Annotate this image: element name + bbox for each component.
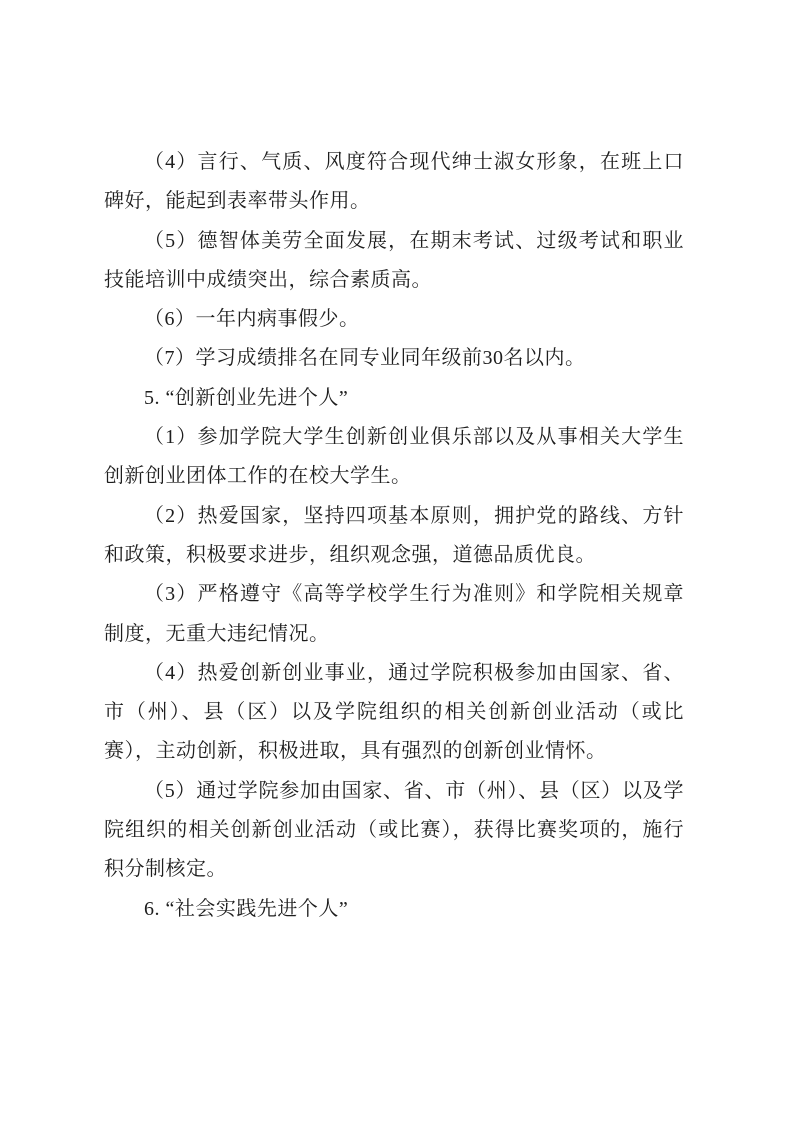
paragraph-criterion-7: （7）学习成绩排名在同专业同年级前30名以内。: [104, 339, 684, 378]
paragraph-section5-criterion-1: （1）参加学院大学生创新创业俱乐部以及从事相关大学生创新创业团体工作的在校大学生…: [104, 418, 684, 497]
document-page: （4）言行、气质、风度符合现代绅士淑女形象，在班上口碑好，能起到表率带头作用。 …: [0, 0, 793, 1122]
paragraph-criterion-5: （5）德智体美劳全面发展，在期末考试、过级考试和职业技能培训中成绩突出，综合素质…: [104, 222, 684, 301]
paragraph-criterion-4: （4）言行、气质、风度符合现代绅士淑女形象，在班上口碑好，能起到表率带头作用。: [104, 143, 684, 222]
paragraph-criterion-6: （6）一年内病事假少。: [104, 300, 684, 339]
section-heading-6: 6. “社会实践先进个人”: [104, 890, 684, 929]
paragraph-section5-criterion-4: （4）热爱创新创业事业，通过学院积极参加由国家、省、市（州）、县（区）以及学院组…: [104, 654, 684, 772]
section-heading-5: 5. “创新创业先进个人”: [104, 379, 684, 418]
paragraph-section5-criterion-3: （3）严格遵守《高等学校学生行为准则》和学院相关规章制度，无重大违纪情况。: [104, 575, 684, 654]
paragraph-section5-criterion-2: （2）热爱国家，坚持四项基本原则，拥护党的路线、方针和政策，积极要求进步，组织观…: [104, 497, 684, 576]
paragraph-section5-criterion-5: （5）通过学院参加由国家、省、市（州）、县（区）以及学院组织的相关创新创业活动（…: [104, 772, 684, 890]
document-text-block: （4）言行、气质、风度符合现代绅士淑女形象，在班上口碑好，能起到表率带头作用。 …: [104, 143, 684, 929]
